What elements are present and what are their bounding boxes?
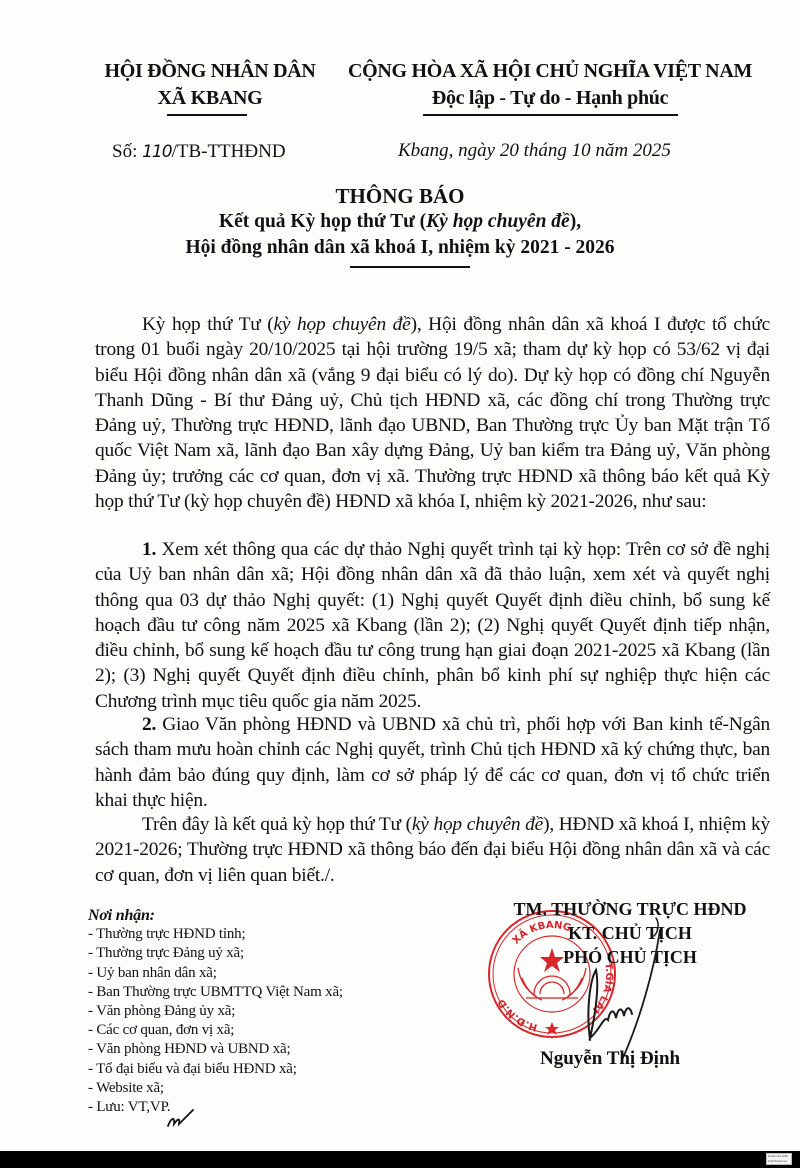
- handwritten-signature-icon: [560, 910, 680, 1070]
- org-line-1: HỘI ĐỒNG NHÂN DÂN: [95, 58, 325, 85]
- closing-paragraph: Trên đây là kết quả kỳ họp thứ Tư (kỳ họ…: [95, 812, 770, 888]
- initials-mark-icon: [165, 1106, 197, 1130]
- nation-line-1: CỘNG HÒA XÃ HỘI CHỦ NGHĨA VIỆT NAM: [330, 58, 770, 85]
- title-underline: [350, 266, 470, 268]
- recipient-item: - Tổ đại biểu và đại biểu HĐND xã;: [88, 1060, 343, 1079]
- issuing-organization: HỘI ĐỒNG NHÂN DÂN XÃ KBANG: [95, 58, 325, 112]
- recipient-item: - Ban Thường trực UBMTTQ Việt Nam xã;: [88, 983, 343, 1002]
- recipient-item: - Thường trực HĐND tỉnh;: [88, 925, 343, 944]
- document-title: THÔNG BÁO: [0, 183, 800, 209]
- handwritten-number: 110: [142, 142, 171, 162]
- place-and-date: Kbang, ngày 20 tháng 10 năm 2025: [398, 140, 671, 162]
- scanner-footer-bar: [0, 1151, 800, 1168]
- recipient-item: - Uỷ ban nhân dân xã;: [88, 964, 343, 983]
- recipients-heading: Nơi nhận:: [88, 906, 343, 925]
- document-subtitle: Kết quả Kỳ họp thứ Tư (Kỳ họp chuyên đề)…: [0, 209, 800, 261]
- item-1-paragraph: 1. Xem xét thông qua các dự thảo Nghị qu…: [95, 537, 770, 714]
- intro-paragraph: Kỳ họp thứ Tư (kỳ họp chuyên đề), Hội đồ…: [95, 312, 770, 514]
- recipient-item: - Lưu: VT,VP.: [88, 1098, 343, 1117]
- org-line-2: XÃ KBANG: [95, 85, 325, 112]
- org-underline: [167, 114, 247, 116]
- recipient-item: - Văn phòng Đảng ủy xã;: [88, 1002, 343, 1021]
- signer-name: Nguyễn Thị Định: [540, 1048, 680, 1070]
- item-2-paragraph: 2. Giao Văn phòng HĐND và UBND xã chủ tr…: [95, 712, 770, 813]
- recipient-item: - Thường trực Đảng uỷ xã;: [88, 944, 343, 963]
- national-heading: CỘNG HÒA XÃ HỘI CHỦ NGHĨA VIỆT NAM Độc l…: [330, 58, 770, 112]
- recipient-item: - Các cơ quan, đơn vị xã;: [88, 1021, 343, 1040]
- document-number: Số: 110/TB-TTHĐND: [112, 141, 286, 163]
- recipient-item: - Website xã;: [88, 1079, 343, 1098]
- camscanner-badge: Scanned with CamScanner: [766, 1153, 792, 1165]
- recipients-list: Nơi nhận: - Thường trực HĐND tỉnh; - Thư…: [88, 906, 343, 1117]
- motto-underline: [423, 114, 678, 116]
- recipient-item: - Văn phòng HĐND và UBND xã;: [88, 1040, 343, 1059]
- nation-line-2: Độc lập - Tự do - Hạnh phúc: [330, 85, 770, 112]
